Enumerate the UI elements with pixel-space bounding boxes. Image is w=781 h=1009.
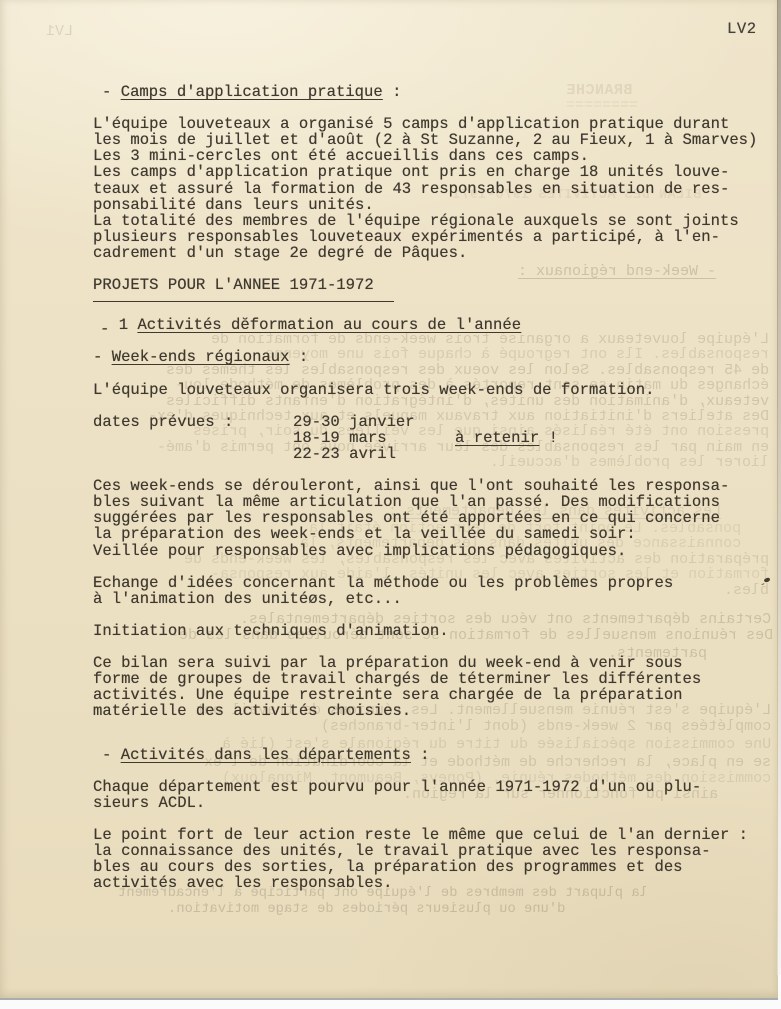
dates-row-2: 18-19 marsà retenir ! — [93, 430, 769, 446]
bleedthrough-line: d'une ou plusieurs périodes de stage mot… — [168, 902, 565, 917]
heading-projets: PROJETS POUR L'ANNEE 1971-1972 — [93, 277, 394, 302]
colon: : — [290, 348, 309, 366]
section-heading-departements: - Activités dans les départements : — [93, 747, 769, 763]
section-heading-camps-title: Camps d'application pratique — [121, 83, 383, 101]
section-heading-camps: - Camps d'application pratique : — [93, 84, 769, 100]
text-line: à l'animation des unitéøs, etc... — [93, 591, 769, 607]
text-line: cadrement d'un stage 2e degré de Pâques. — [93, 245, 769, 261]
colon: : — [411, 746, 430, 764]
colon: : — [383, 83, 402, 101]
list-item-activites-formation: - 1 Activités dĕformation au cours de l'… — [93, 317, 769, 333]
dash: - — [102, 83, 121, 101]
section-heading-weekends-title: Week-ends régionaux — [112, 348, 290, 366]
note-a-retenir-text: à retenir — [455, 429, 539, 447]
text-line: L'équipe louveteaux a organisé 5 camps d… — [93, 116, 769, 132]
text-line: L'équipe louveteaux organisera trois wee… — [93, 382, 769, 398]
text-line: Initiation aux techniques d'animation. — [93, 623, 769, 639]
low-dash: - — [100, 320, 109, 338]
paragraph-camps-bilan: L'équipe louveteaux a organisé 5 camps d… — [93, 116, 769, 261]
page-edge-shadow — [777, 0, 781, 975]
paragraph-weekends-intro: L'équipe louveteaux organisera trois wee… — [93, 382, 769, 398]
list-item-title: Activités dĕformation au cours de l'anné… — [137, 316, 521, 334]
text-line: La totalité des membres de l'équipe régi… — [93, 213, 769, 229]
bleedthrough-line: LV1 — [46, 24, 73, 39]
text-line: Chaque département est pourvu pour l'ann… — [93, 779, 769, 795]
note-exclamation: ! — [539, 429, 558, 447]
text-line: la connaissance des unités, le travail p… — [93, 843, 769, 859]
paragraph-point-fort: Le point fort de leur action reste le mê… — [93, 827, 769, 891]
text-line: bles suivant la même articulation que l'… — [93, 494, 769, 510]
date-avril: 22-23 avril — [293, 446, 396, 462]
dash: - — [93, 348, 112, 366]
text-line: la préparation des week-ends et la veill… — [93, 526, 769, 542]
paragraph-echange-idees: Echange d'idées concernant la méthode ou… — [93, 575, 769, 607]
text-line: activités avec les responsables. — [93, 875, 769, 891]
paragraph-initiation: Initiation aux techniques d'animation. — [93, 623, 769, 639]
item-number: 1 — [109, 316, 137, 334]
scanned-page: { "colors": { "paper": "#ece0c3", "ink":… — [0, 0, 781, 1009]
dash: - — [102, 746, 121, 764]
text-line: Ce bilan sera suivi par la préparation d… — [93, 655, 769, 671]
dates-row-1: dates prévues :29-30 janvier — [93, 414, 769, 430]
page-corner-label: LV2 — [727, 20, 757, 38]
text-line: forme de groupes de travail chargés de t… — [93, 671, 769, 687]
text-line: Le point fort de leur action reste le mê… — [93, 827, 769, 843]
text-line: ponsabilité dans leurs unités. — [93, 197, 769, 213]
paragraph-deroulement: Ces week-ends se dérouleront, ainsi que … — [93, 478, 769, 558]
text-line: plusieurs responsables louveteaux expéri… — [93, 229, 769, 245]
paragraph-acdl: Chaque département est pourvu pour l'ann… — [93, 779, 769, 811]
typewritten-document: - Camps d'application pratique : L'équip… — [93, 84, 769, 891]
text-line: bles au cours des sorties, la préparatio… — [93, 859, 769, 875]
note-a-retenir: à retenir ! — [455, 430, 558, 446]
text-line: sieurs ACDL. — [93, 795, 769, 811]
date-janvier: 29-30 janvier — [293, 414, 415, 430]
text-line: Veillée pour responsables avec implicati… — [93, 543, 769, 559]
section-heading-departements-title: Activités dans les départements — [121, 746, 411, 764]
section-heading-weekends: - Week-ends régionaux : — [93, 349, 769, 365]
heading-projets-wrap: PROJETS POUR L'ANNEE 1971-1972 — [93, 277, 769, 302]
text-line: activités. Une équipe restreinte sera ch… — [93, 687, 769, 703]
date-mars: 18-19 mars — [293, 430, 387, 446]
paragraph-bilan-suivi: Ce bilan sera suivi par la préparation d… — [93, 655, 769, 719]
text-line: teaux et assuré la formation de 43 respo… — [93, 181, 769, 197]
dates-block: dates prévues :29-30 janvier 18-19 marsà… — [93, 414, 769, 462]
text-line: Echange d'idées concernant la méthode ou… — [93, 575, 769, 591]
dates-row-3: 22-23 avril — [93, 446, 769, 462]
text-line: Les camps d'application pratique ont pri… — [93, 164, 769, 180]
text-line: suggérées par les responsables ont été a… — [93, 510, 769, 526]
text-line: les mois de juillet et d'août (2 à St Su… — [93, 132, 769, 148]
dates-label: dates prévues : — [93, 414, 233, 430]
text-line: Les 3 mini-cercles ont été accueillis da… — [93, 148, 769, 164]
text-line: Ces week-ends se dérouleront, ainsi que … — [93, 478, 769, 494]
text-line: matérielle des activités choisies. — [93, 703, 769, 719]
